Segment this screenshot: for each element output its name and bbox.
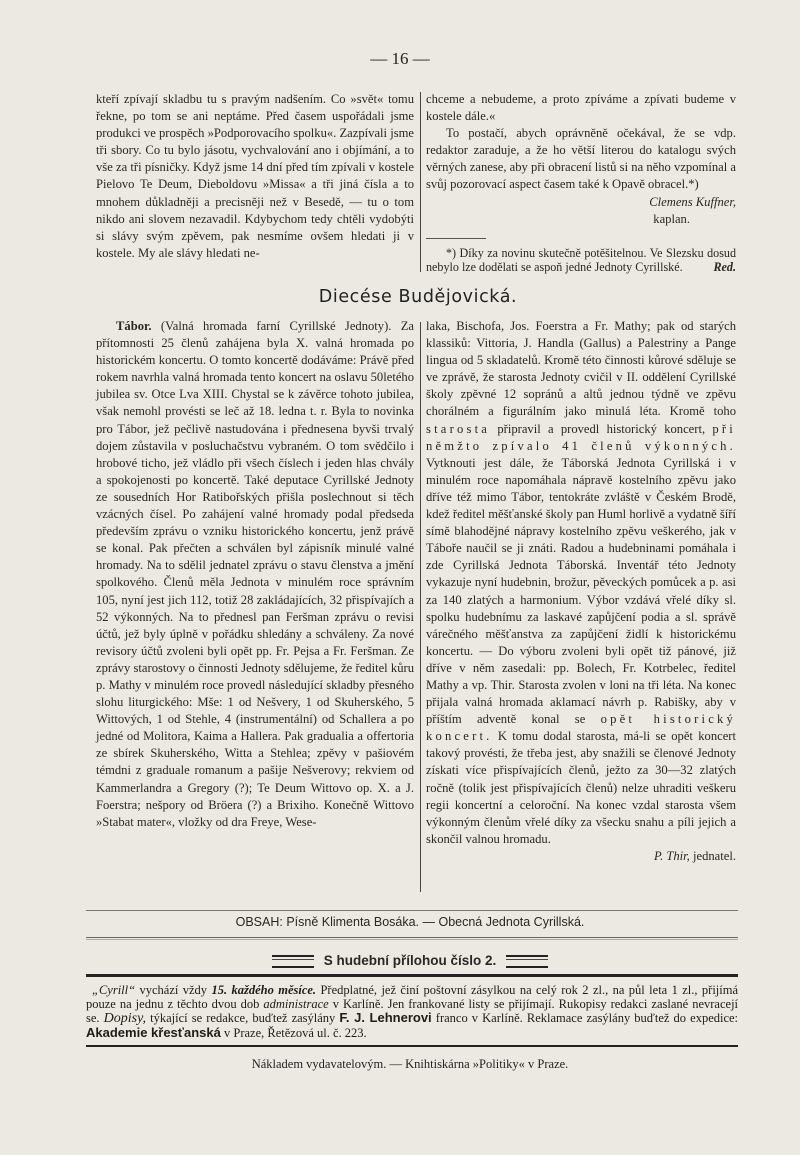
divider-line-thick: [86, 1045, 738, 1047]
article-left-column: Tábor. (Valná hromada farní Cyrillské Je…: [96, 318, 414, 831]
article-paragraph-continued: laka, Bischofa, Jos. Foerstra a Fr. Math…: [426, 318, 736, 848]
column-divider: [420, 92, 421, 272]
footnote: *) Díky za novinu skutečně potěšitelnou.…: [426, 246, 736, 274]
page-number: — 16 —: [0, 49, 800, 69]
ornament-bars-icon: [272, 955, 314, 968]
ornament-bars-icon: [506, 955, 548, 968]
top-right-column: chceme a nebudeme, a proto zpíváme a zpí…: [426, 91, 736, 274]
footnote-signature: Red.: [693, 260, 736, 274]
supplement-banner: S hudební přílohou číslo 2.: [0, 953, 800, 968]
divider-line: [86, 937, 738, 940]
divider-line-thick: [86, 974, 738, 977]
imprint-line: Nákladem vydavatelovým. — Knihtiskárna »…: [0, 1057, 800, 1072]
letter-ending: chceme a nebudeme, a proto zpíváme a zpí…: [426, 91, 736, 125]
article-signature: P. Thir, jednatel.: [426, 848, 736, 865]
publication-notice: „Cyrill“ vychází vždy 15. každého měsíce…: [86, 984, 738, 1040]
letter-continuation: kteří zpívají skladbu tu s pravým nadšen…: [96, 91, 414, 262]
footnote-rule: [426, 238, 486, 239]
section-heading: Diecése Budějovická.: [0, 287, 800, 307]
letter-signature: Clemens Kuffner,: [426, 194, 736, 211]
divider-line: [86, 910, 738, 911]
article-lead-place: Tábor.: [116, 319, 152, 333]
contents-line: OBSAH: Písně Klimenta Bosáka. — Obecná J…: [0, 915, 800, 929]
article-paragraph: Tábor. (Valná hromada farní Cyrillské Je…: [96, 318, 414, 831]
article-right-column: laka, Bischofa, Jos. Foerstra a Fr. Math…: [426, 318, 736, 865]
newspaper-page: — 16 — kteří zpívají skladbu tu s pravým…: [0, 0, 800, 1155]
column-divider: [420, 322, 421, 892]
top-left-column: kteří zpívají skladbu tu s pravým nadšen…: [96, 91, 414, 262]
letter-signature-title: kaplan.: [426, 211, 736, 228]
letter-closing-paragraph: To postačí, abych oprávněně očekával, že…: [426, 125, 736, 193]
